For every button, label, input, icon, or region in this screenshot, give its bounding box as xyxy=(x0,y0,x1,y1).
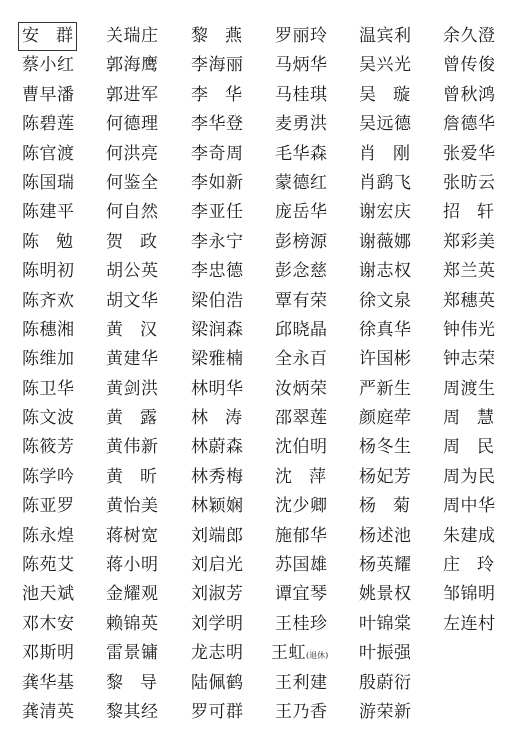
name-entry: 苏国雄 xyxy=(275,551,328,580)
name-entry: 陈亚罗 xyxy=(22,492,75,521)
name-entry: 邓斯明 xyxy=(22,639,75,668)
name-entry: 周中华 xyxy=(443,492,496,521)
name-entry: 陈永煌 xyxy=(22,522,75,551)
name-entry: 黄建华 xyxy=(106,345,159,374)
name-entry: 朱建成 xyxy=(443,522,496,551)
name-entry: 姚景权 xyxy=(359,580,412,609)
name-entry: 杨冬生 xyxy=(359,433,412,462)
name-entry: 郑兰英 xyxy=(443,257,496,286)
name-row: 陈卫华黄剑洪林明华汝炳荣严新生周渡生 xyxy=(0,375,524,404)
name-entry: 叶锦棠 xyxy=(359,610,412,639)
name-row: 陈亚罗黄怡美林颖娴沈少卿杨菊周中华 xyxy=(0,492,524,521)
name-entry: 林明华 xyxy=(191,375,244,404)
name-entry: 许国彬 xyxy=(359,345,412,374)
name-entry: 池天斌 xyxy=(22,580,75,609)
name-entry: 郑穗英 xyxy=(443,287,496,316)
name-entry: 刘启光 xyxy=(191,551,244,580)
name-entry: 陈苑艾 xyxy=(22,551,75,580)
name-entry: 陈碧莲 xyxy=(22,110,75,139)
name-entry: 何洪亮 xyxy=(106,140,159,169)
name-entry: 陈勉 xyxy=(22,228,73,257)
name-entry: 黄昕 xyxy=(106,463,157,492)
name-entry: 郭进军 xyxy=(106,81,159,110)
name-row: 陈国瑞何鉴全李如新蒙德红肖鹞飞张昉云 xyxy=(0,169,524,198)
name-row: 陈文波黄露林涛邵翠莲颜庭荦周慧 xyxy=(0,404,524,433)
name-entry: 左连村 xyxy=(443,610,496,639)
retired-note: (退休) xyxy=(306,651,328,660)
name-entry: 胡公英 xyxy=(106,257,159,286)
name-row: 陈齐欢胡文华梁伯浩覃有荣徐文泉郑穗英 xyxy=(0,287,524,316)
name-entry: 招轩 xyxy=(443,198,494,227)
name-entry: 黎导 xyxy=(106,669,157,698)
name-entry: 龙志明 xyxy=(191,639,244,668)
name-row: 陈筱芳黄伟新林蔚森沈伯明杨冬生周民 xyxy=(0,433,524,462)
name-entry: 林涛 xyxy=(191,404,242,433)
name-entry: 王虹(退休) xyxy=(271,639,328,668)
name-row: 陈学吟黄昕林秀梅沈萍杨妃芳周为民 xyxy=(0,463,524,492)
name-row: 邓斯明雷景镛龙志明王虹(退休)叶振强 xyxy=(0,639,524,668)
name-entry: 全永百 xyxy=(275,345,328,374)
name-entry: 黄伟新 xyxy=(106,433,159,462)
name-entry: 覃有荣 xyxy=(275,287,328,316)
name-entry: 谢宏庆 xyxy=(359,198,412,227)
name-entry: 陆佩鹤 xyxy=(191,669,244,698)
name-row: 池天斌金耀观刘淑芳谭宜琴姚景权邹锦明 xyxy=(0,580,524,609)
name-entry: 邵翠莲 xyxy=(275,404,328,433)
name-entry: 周民 xyxy=(443,433,494,462)
name-entry: 蒋小明 xyxy=(106,551,159,580)
name-entry: 徐真华 xyxy=(359,316,412,345)
name-entry: 马炳华 xyxy=(275,51,328,80)
name-entry: 游荣新 xyxy=(359,698,412,727)
name-entry: 梁伯浩 xyxy=(191,287,244,316)
name-entry: 庞岳华 xyxy=(275,198,328,227)
name-entry: 龚清英 xyxy=(22,698,75,727)
name-entry: 陈学吟 xyxy=(22,463,75,492)
name-entry: 钟伟光 xyxy=(443,316,496,345)
name-row: 陈建平何自然李亚任庞岳华谢宏庆招轩 xyxy=(0,198,524,227)
name-entry: 杨妃芳 xyxy=(359,463,412,492)
name-entry: 杨菊 xyxy=(359,492,410,521)
name-entry: 谭宜琴 xyxy=(275,580,328,609)
name-entry: 林蔚森 xyxy=(191,433,244,462)
name-row: 曹早潘郭进军李华马桂琪吴璇曾秋鸿 xyxy=(0,81,524,110)
name-entry: 沈萍 xyxy=(275,463,326,492)
name-entry: 钟志荣 xyxy=(443,345,496,374)
name-row: 龚清英黎其经罗可群王乃香游荣新 xyxy=(0,698,524,727)
name-entry: 谢志权 xyxy=(359,257,412,286)
name-row: 陈永煌蒋树宽刘端郎施郁华杨述池朱建成 xyxy=(0,522,524,551)
name-entry: 何自然 xyxy=(106,198,159,227)
name-entry: 黄怡美 xyxy=(106,492,159,521)
name-entry: 李海丽 xyxy=(191,51,244,80)
name-entry: 叶振强 xyxy=(359,639,412,668)
name-entry: 詹德华 xyxy=(443,110,496,139)
name-row: 蔡小红郭海鹰李海丽马炳华吴兴光曾传俊 xyxy=(0,51,524,80)
name-entry: 刘淑芳 xyxy=(191,580,244,609)
name-entry: 邱晓晶 xyxy=(275,316,328,345)
name-entry: 黎燕 xyxy=(191,22,242,51)
name-entry: 陈明初 xyxy=(22,257,75,286)
name-entry: 蔡小红 xyxy=(22,51,75,80)
name-entry: 彭榜源 xyxy=(275,228,328,257)
name-entry: 罗可群 xyxy=(191,698,244,727)
name-entry: 陈建平 xyxy=(22,198,75,227)
name-entry: 谢薇娜 xyxy=(359,228,412,257)
name-entry: 蒋树宽 xyxy=(106,522,159,551)
name-entry: 张昉云 xyxy=(443,169,496,198)
name-entry: 王乃香 xyxy=(275,698,328,727)
name-entry: 梁润森 xyxy=(191,316,244,345)
name-entry: 邹锦明 xyxy=(443,580,496,609)
name-entry: 马桂琪 xyxy=(275,81,328,110)
name-entry: 杨述池 xyxy=(359,522,412,551)
name-entry: 郭海鹰 xyxy=(106,51,159,80)
name-entry: 李亚任 xyxy=(191,198,244,227)
name-text: 王虹 xyxy=(271,643,306,663)
name-entry: 徐文泉 xyxy=(359,287,412,316)
name-entry: 曾秋鸿 xyxy=(443,81,496,110)
name-entry: 林秀梅 xyxy=(191,463,244,492)
name-entry: 余久澄 xyxy=(443,22,496,51)
name-entry: 罗丽玲 xyxy=(275,22,328,51)
name-entry: 张爱华 xyxy=(443,140,496,169)
name-entry: 周渡生 xyxy=(443,375,496,404)
name-row: 陈碧莲何德理李华登麦勇洪吴远德詹德华 xyxy=(0,110,524,139)
name-entry: 严新生 xyxy=(359,375,412,404)
name-entry: 黄汉 xyxy=(106,316,157,345)
name-row: 安群关瑞庄黎燕罗丽玲温宾利余久澄 xyxy=(0,22,524,51)
name-entry: 吴远德 xyxy=(359,110,412,139)
name-entry: 吴兴光 xyxy=(359,51,412,80)
name-row: 龚华基黎导陆佩鹤王利建殷蔚衍 xyxy=(0,669,524,698)
name-entry: 龚华基 xyxy=(22,669,75,698)
name-entry: 杨英耀 xyxy=(359,551,412,580)
name-row: 陈苑艾蒋小明刘启光苏国雄杨英耀庄玲 xyxy=(0,551,524,580)
name-entry: 邓木安 xyxy=(22,610,75,639)
name-grid: 安群关瑞庄黎燕罗丽玲温宾利余久澄蔡小红郭海鹰李海丽马炳华吴兴光曾传俊曹早潘郭进军… xyxy=(0,22,524,727)
name-entry: 李华 xyxy=(191,81,242,110)
name-entry: 陈齐欢 xyxy=(22,287,75,316)
name-row: 陈维加黄建华梁雅楠全永百许国彬钟志荣 xyxy=(0,345,524,374)
name-entry: 雷景镛 xyxy=(106,639,159,668)
name-entry: 安群 xyxy=(19,23,76,50)
name-entry: 陈官渡 xyxy=(22,140,75,169)
name-entry: 李华登 xyxy=(191,110,244,139)
name-entry: 吴璇 xyxy=(359,81,410,110)
name-entry: 陈筱芳 xyxy=(22,433,75,462)
name-row: 陈勉贺政李永宁彭榜源谢薇娜郑彩美 xyxy=(0,228,524,257)
name-entry: 温宾利 xyxy=(359,22,412,51)
name-entry: 陈维加 xyxy=(22,345,75,374)
name-row: 陈官渡何洪亮李奇周毛华森肖刚张爱华 xyxy=(0,140,524,169)
name-entry: 李奇周 xyxy=(191,140,244,169)
name-entry: 陈穗湘 xyxy=(22,316,75,345)
name-entry: 赖锦英 xyxy=(106,610,159,639)
name-entry: 李如新 xyxy=(191,169,244,198)
name-entry: 刘端郎 xyxy=(191,522,244,551)
name-entry: 王桂珍 xyxy=(275,610,328,639)
name-entry: 周慧 xyxy=(443,404,494,433)
name-entry: 毛华森 xyxy=(275,140,328,169)
name-entry: 陈国瑞 xyxy=(22,169,75,198)
name-entry: 施郁华 xyxy=(275,522,328,551)
name-entry: 曹早潘 xyxy=(22,81,75,110)
name-entry: 关瑞庄 xyxy=(106,22,159,51)
name-entry: 肖刚 xyxy=(359,140,410,169)
name-entry: 林颖娴 xyxy=(191,492,244,521)
name-entry: 黎其经 xyxy=(106,698,159,727)
name-entry: 梁雅楠 xyxy=(191,345,244,374)
name-entry: 黄露 xyxy=(106,404,157,433)
name-entry: 颜庭荦 xyxy=(359,404,412,433)
name-entry: 庄玲 xyxy=(443,551,494,580)
name-entry: 李永宁 xyxy=(191,228,244,257)
name-entry: 何鉴全 xyxy=(106,169,159,198)
name-entry: 刘学明 xyxy=(191,610,244,639)
name-entry: 沈伯明 xyxy=(275,433,328,462)
name-entry: 胡文华 xyxy=(106,287,159,316)
name-entry: 肖鹞飞 xyxy=(359,169,412,198)
name-row: 陈明初胡公英李忠德彭念慈谢志权郑兰英 xyxy=(0,257,524,286)
name-entry: 陈卫华 xyxy=(22,375,75,404)
name-entry: 李忠德 xyxy=(191,257,244,286)
name-entry: 周为民 xyxy=(443,463,496,492)
name-entry: 黄剑洪 xyxy=(106,375,159,404)
name-entry: 金耀观 xyxy=(106,580,159,609)
name-entry: 彭念慈 xyxy=(275,257,328,286)
name-entry: 蒙德红 xyxy=(275,169,328,198)
name-entry: 殷蔚衍 xyxy=(359,669,412,698)
name-entry: 汝炳荣 xyxy=(275,375,328,404)
name-entry: 何德理 xyxy=(106,110,159,139)
name-entry: 沈少卿 xyxy=(275,492,328,521)
name-entry: 陈文波 xyxy=(22,404,75,433)
name-row: 邓木安赖锦英刘学明王桂珍叶锦棠左连村 xyxy=(0,610,524,639)
name-entry: 王利建 xyxy=(275,669,328,698)
name-entry: 郑彩美 xyxy=(443,228,496,257)
name-entry: 贺政 xyxy=(106,228,157,257)
name-row: 陈穗湘黄汉梁润森邱晓晶徐真华钟伟光 xyxy=(0,316,524,345)
name-entry: 曾传俊 xyxy=(443,51,496,80)
name-entry: 麦勇洪 xyxy=(275,110,328,139)
